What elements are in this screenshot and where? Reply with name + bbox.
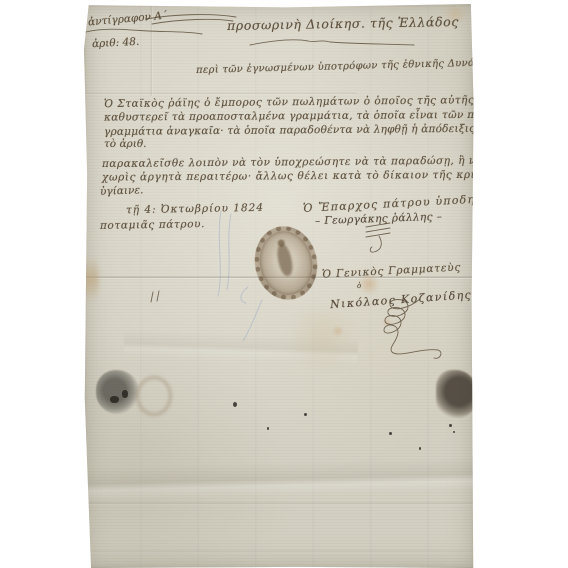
fold-crease-horizontal-upper xyxy=(84,92,357,95)
body-line: καθυστερεῖ τὰ προαποσταλμένα γραμμάτια, … xyxy=(104,108,541,123)
ink-blot-bottom-right xyxy=(436,370,478,418)
paper-wrinkle xyxy=(124,330,359,364)
seal-standing-figure xyxy=(275,243,294,277)
ink-blot-black-patch xyxy=(110,396,119,403)
manuscript-page: ἀντίγραφον Α΄ ἀριθ: 48. προσωρινὴ Διοίκη… xyxy=(84,4,474,568)
ink-speck xyxy=(419,447,421,450)
body-line: τὸ ἀριθ. xyxy=(104,138,147,150)
annotation-number: ἀριθ: 48. xyxy=(92,36,140,50)
place-line: ποταμιᾶς πάτρου. xyxy=(100,218,205,232)
secretary-signature: Νικόλαος Κοζανίδης. xyxy=(330,288,478,311)
ink-blot-bottom-left xyxy=(96,370,140,414)
subject-line: περὶ τῶν ἐγνωσμένων ὑποτρόφων τῆς ἐθνικῆ… xyxy=(196,57,506,76)
ink-blot-black-patch xyxy=(122,390,128,398)
paper-wrinkle xyxy=(84,457,475,501)
fold-crease-horizontal-lower xyxy=(84,502,474,505)
closing-word: ὑγίαινε. xyxy=(100,184,144,198)
tan-stain-small xyxy=(332,326,344,336)
secretary-title-line: Ὁ Γενικὸς Γραμματεὺς xyxy=(322,261,462,280)
date-line: τῇ 4: Ὀκτωβρίου 1824 xyxy=(126,202,264,216)
oval-ink-seal-stamp xyxy=(248,220,324,305)
annotation-copy-note: ἀντίγραφον Α΄ xyxy=(88,10,168,29)
ink-speck xyxy=(449,424,452,427)
tan-stain-left-edge xyxy=(81,248,99,310)
document-heading: προσωρινὴ Διοίκησ. τῆς Ἑλλάδος xyxy=(227,14,459,33)
body-line: χωρὶς ἀργητὰ περαιτέρω· ἄλλως θέλει κατὰ… xyxy=(102,168,538,183)
ink-speck xyxy=(233,402,237,407)
tan-stain-small xyxy=(382,318,392,326)
body-line: παρακαλεῖσθε λοιπὸν νὰ τὸν ὑποχρεώσητε ν… xyxy=(102,154,549,170)
seal-ghost-ring-bottom-left xyxy=(136,376,172,416)
photo-background: ἀντίγραφον Α΄ ἀριθ: 48. προσωρινὴ Διοίκη… xyxy=(0,0,568,568)
ink-speck xyxy=(304,413,307,416)
ink-speck xyxy=(267,427,269,430)
body-line: Ὁ Σταϊκὸς ῥάϊης ὁ ἔμπορος τῶν πωλημάτων … xyxy=(104,94,500,110)
fold-crease-horizontal-bottom xyxy=(84,550,474,553)
water-stain-center xyxy=(290,300,354,374)
secretary-interline-mark: ὁ xyxy=(357,282,361,290)
ink-speck xyxy=(453,431,455,433)
ink-speck xyxy=(389,432,392,435)
body-line: γραμμάτια ἀναγκαῖα· τὰ ὁποῖα παραδοθέντα… xyxy=(104,122,558,138)
